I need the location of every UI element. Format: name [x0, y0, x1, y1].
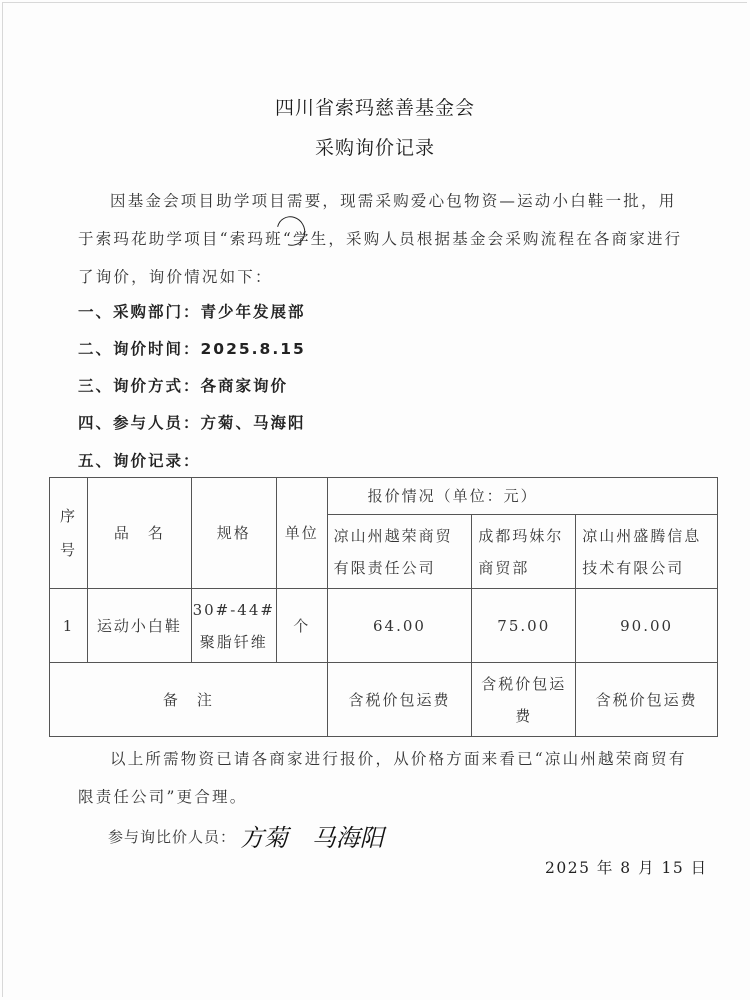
- item-inquiry-time: 二、询价时间：2025.8.15: [78, 337, 306, 359]
- intro-text: 因基金会项目助学项目需要，现需采购爱心包物资—运动小白鞋一批，用于索玛花助学项目…: [78, 192, 682, 286]
- signature-2: 马海阳: [312, 818, 384, 853]
- signers-line: 参与询比价人员：方菊 马海阳: [108, 818, 384, 853]
- cell-price-vendor-1: 64.00: [327, 589, 472, 663]
- cell-unit: 个: [276, 589, 327, 663]
- header-vendor-1: 凉山州越荣商贸有限责任公司: [327, 515, 472, 589]
- header-unit: 单位: [276, 478, 327, 589]
- signature-1: 方菊: [240, 818, 288, 853]
- spec-size: 30#-44#: [192, 594, 276, 626]
- header-vendor-2: 成都玛妹尔商贸部: [472, 515, 576, 589]
- quote-table: 序号 品 名 规格 单位 报价情况（单位：元） 凉山州越荣商贸有限责任公司 成都…: [49, 477, 718, 737]
- item-department: 一、采购部门：青少年发展部: [78, 300, 306, 322]
- remark-vendor-2: 含税价包运费: [472, 663, 576, 737]
- doc-title: 采购询价记录: [0, 133, 750, 160]
- signers-label: 参与询比价人员：: [108, 828, 236, 846]
- item-records: 五、询价记录：: [78, 449, 201, 471]
- cell-price-vendor-3: 90.00: [576, 589, 718, 663]
- remarks-label: 备 注: [50, 663, 328, 737]
- cell-spec: 30#-44#聚脂钎维: [191, 589, 276, 663]
- header-quote-group: 报价情况（单位：元）: [327, 478, 717, 515]
- intro-paragraph: 因基金会项目助学项目需要，现需采购爱心包物资—运动小白鞋一批，用于索玛花助学项目…: [78, 182, 688, 296]
- remark-vendor-3: 含税价包运费: [576, 663, 718, 737]
- cell-price-vendor-2: 75.00: [472, 589, 576, 663]
- remark-vendor-1: 含税价包运费: [327, 663, 472, 737]
- cell-name: 运动小白鞋: [87, 589, 191, 663]
- cell-seq: 1: [50, 589, 88, 663]
- document-date: 2025 年 8 月 15 日: [545, 856, 708, 878]
- header-name: 品 名: [87, 478, 191, 589]
- conclusion-paragraph: 以上所需物资已请各商家进行报价，从价格方面来看已“凉山州越荣商贸有限责任公司”更…: [78, 740, 688, 816]
- header-vendor-3: 凉山州盛腾信息技术有限公司: [576, 515, 718, 589]
- header-seq: 序号: [50, 478, 88, 589]
- item-participants: 四、参与人员：方菊、马海阳: [78, 411, 306, 433]
- conclusion-text: 以上所需物资已请各商家进行报价，从价格方面来看已“凉山州越荣商贸有限责任公司”更…: [78, 750, 687, 806]
- item-inquiry-method: 三、询价方式：各商家询价: [78, 374, 288, 396]
- org-title: 四川省索玛慈善基金会: [0, 93, 750, 120]
- table-row: 1 运动小白鞋 30#-44#聚脂钎维 个 64.00 75.00 90.00: [50, 589, 718, 663]
- header-spec: 规格: [191, 478, 276, 589]
- spec-material: 聚脂钎维: [192, 626, 276, 658]
